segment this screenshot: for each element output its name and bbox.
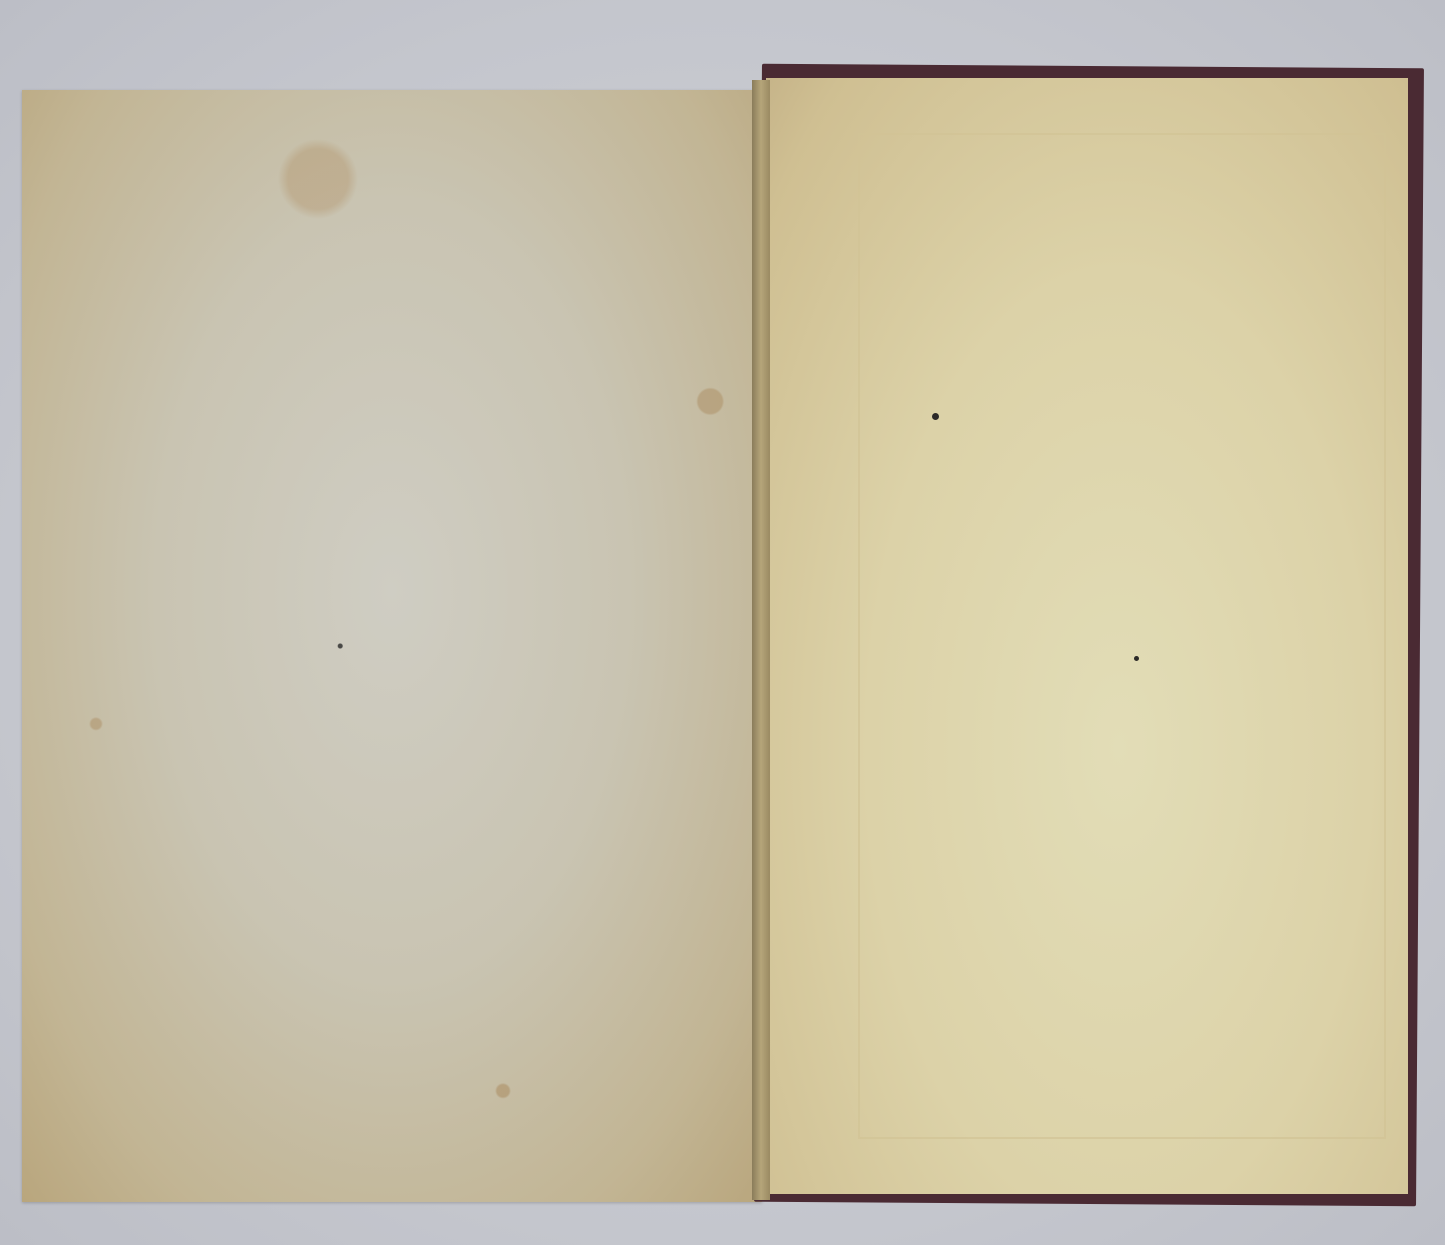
inside-cover-endpaper (766, 78, 1408, 1194)
ink-spot (1134, 656, 1139, 661)
ink-spot (932, 413, 939, 420)
foxing-stains (22, 90, 762, 1202)
book-hinge-spine (752, 80, 770, 1200)
left-flyleaf-page (22, 90, 762, 1202)
endpaper-embossed-frame (858, 133, 1386, 1139)
